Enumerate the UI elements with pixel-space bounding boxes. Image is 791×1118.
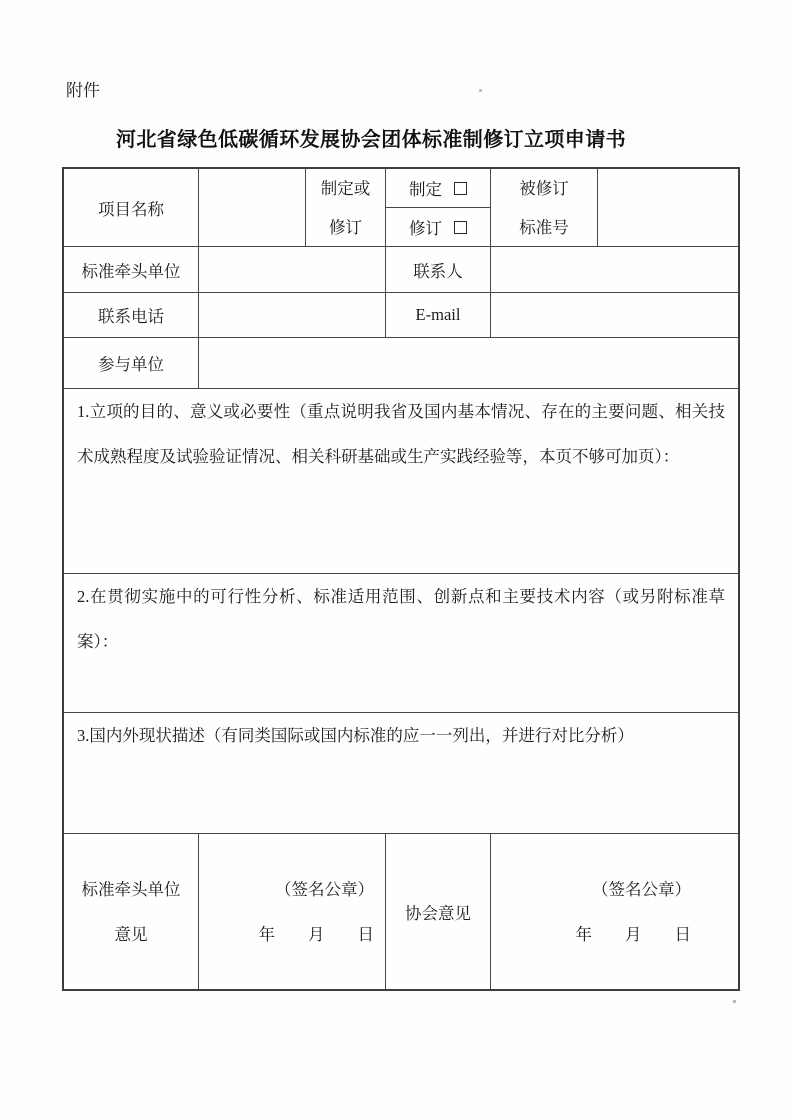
- scan-artifact-dot: [479, 89, 482, 92]
- lead-unit-label: 标准牵头单位: [64, 247, 199, 293]
- lead-opinion-signature-area[interactable]: （签名公章） 年 月 日: [199, 834, 386, 989]
- revised-standard-input[interactable]: [598, 169, 738, 247]
- formulate-option-label: 制定: [409, 176, 442, 200]
- lead-opinion-label-line1: 标准牵头单位: [82, 867, 181, 912]
- project-name-input[interactable]: [199, 169, 306, 247]
- contact-person-input[interactable]: [491, 247, 738, 293]
- section-purpose-cell[interactable]: 1.立项的目的、意义或必要性（重点说明我省及国内基本情况、存在的主要问题、相关技…: [64, 389, 738, 574]
- section-purpose-prompt: 1.立项的目的、意义或必要性（重点说明我省及国内基本情况、存在的主要问题、相关技…: [77, 402, 725, 466]
- lead-opinion-label-line2: 意见: [115, 912, 148, 957]
- project-name-label: 项目名称: [64, 169, 199, 247]
- phone-label: 联系电话: [64, 293, 199, 338]
- signature-seal-note: （签名公章）: [275, 867, 374, 912]
- application-form-table: 项目名称 制定或 修订 制定 修订 被修订 标准号 标准牵头单位 联系人 联系电: [62, 167, 740, 991]
- revise-option-label: 修订: [409, 215, 442, 239]
- page-title: 河北省绿色低碳循环发展协会团体标准制修订立项申请书: [116, 123, 626, 152]
- email-label: E-mail: [386, 293, 491, 338]
- revised-standard-label-line1: 被修订: [519, 169, 569, 208]
- lead-opinion-label: 标准牵头单位 意见: [64, 834, 199, 989]
- signature-seal-note: （签名公章）: [592, 867, 691, 912]
- mode-label-line1: 制定或: [321, 169, 371, 208]
- revised-standard-label: 被修订 标准号: [491, 169, 598, 247]
- formulate-checkbox[interactable]: [454, 182, 467, 195]
- section-status-cell[interactable]: 3.国内外现状描述（有同类国际或国内标准的应一一列出，并进行对比分析）: [64, 713, 738, 834]
- association-opinion-signature-area[interactable]: （签名公章） 年 月 日: [491, 834, 738, 989]
- mode-label-line2: 修订: [329, 208, 362, 247]
- section-status-prompt: 3.国内外现状描述（有同类国际或国内标准的应一一列出，并进行对比分析）: [77, 726, 634, 745]
- participants-input[interactable]: [199, 338, 738, 389]
- section-feasibility-prompt: 2.在贯彻实施中的可行性分析、标准适用范围、创新点和主要技术内容（或另附标准草案…: [77, 587, 725, 651]
- date-line: 年 月 日: [576, 912, 692, 957]
- mode-option-formulate[interactable]: 制定: [386, 169, 490, 208]
- association-opinion-label: 协会意见: [386, 834, 491, 989]
- email-input[interactable]: [491, 293, 738, 338]
- mode-option-revise[interactable]: 修订: [386, 208, 490, 246]
- attachment-label: 附件: [66, 76, 100, 101]
- date-line: 年 月 日: [259, 912, 375, 957]
- scanned-document-page: 附件 河北省绿色低碳循环发展协会团体标准制修订立项申请书 项目名称 制定或 修订…: [0, 0, 791, 1118]
- revise-checkbox[interactable]: [454, 221, 467, 234]
- scan-artifact-dot: [733, 1000, 736, 1003]
- revised-standard-label-line2: 标准号: [519, 208, 569, 247]
- contact-person-label: 联系人: [386, 247, 491, 293]
- section-feasibility-cell[interactable]: 2.在贯彻实施中的可行性分析、标准适用范围、创新点和主要技术内容（或另附标准草案…: [64, 574, 738, 713]
- lead-unit-input[interactable]: [199, 247, 386, 293]
- participants-label: 参与单位: [64, 338, 199, 389]
- mode-options-cell: 制定 修订: [386, 169, 491, 247]
- phone-input[interactable]: [199, 293, 386, 338]
- mode-label: 制定或 修订: [306, 169, 386, 247]
